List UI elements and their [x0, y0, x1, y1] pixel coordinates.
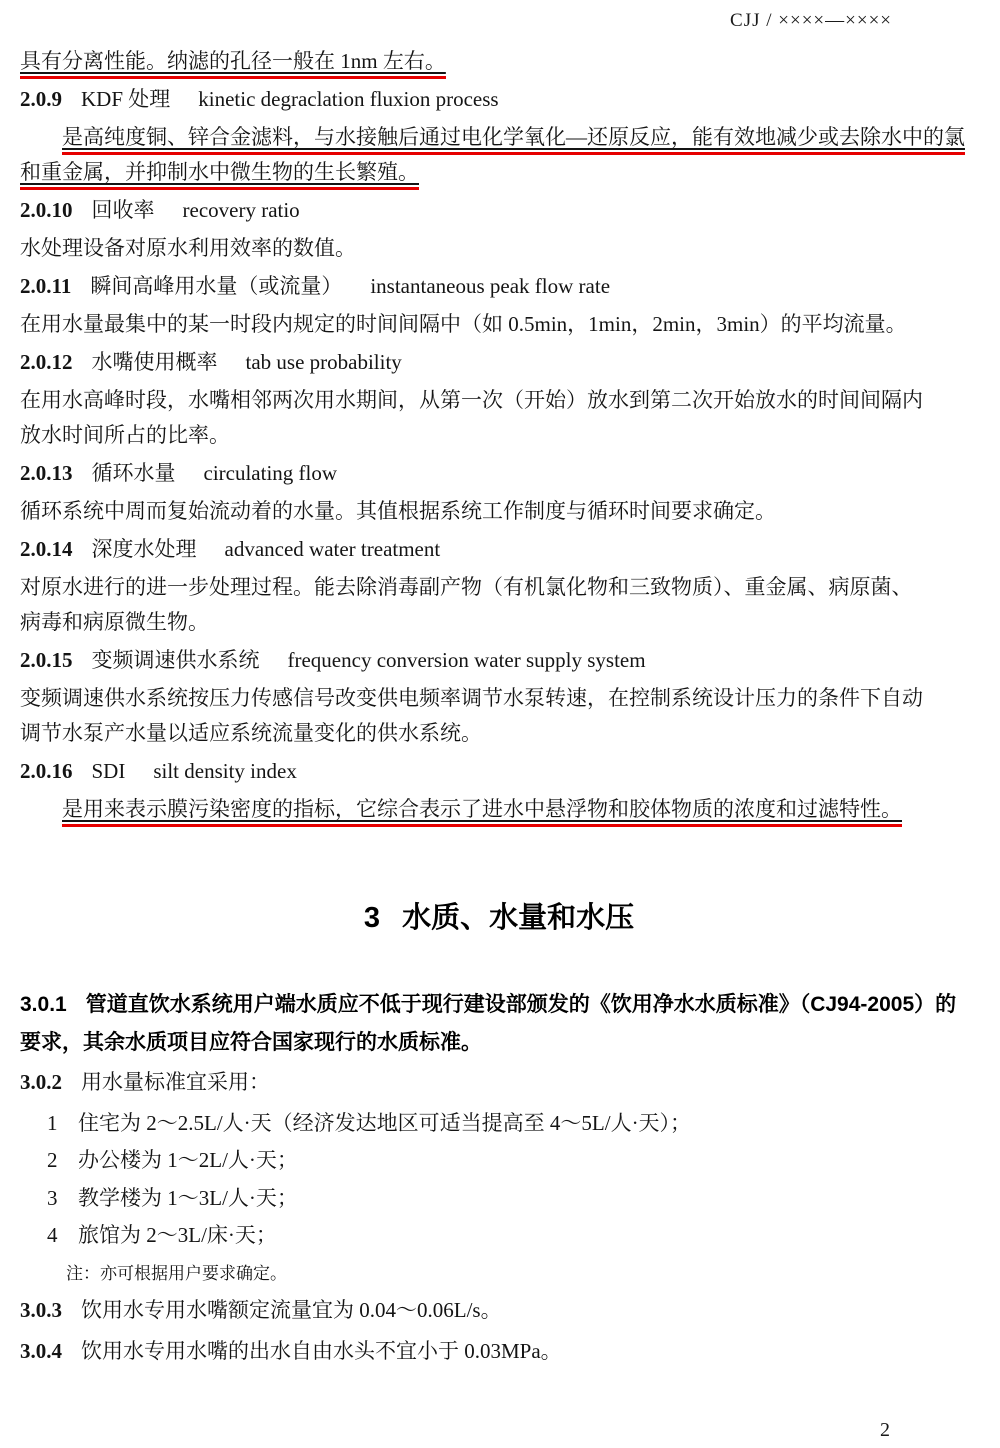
text-line: 在用水高峰时段，水嘴相邻两次用水期间，从第一次（开始）放水到第二次开始放水的时间…: [20, 383, 978, 418]
term-entry: 2.0.9KDF 处理kinetic degraclation fluxion …: [20, 82, 978, 117]
clause: 3.0.2用水量标准宜采用：: [20, 1064, 978, 1102]
list-item-number: 3: [47, 1180, 58, 1218]
term-entry: 2.0.13循环水量circulating flow: [20, 456, 978, 491]
text-line: 变频调速供水系统按压力传感信号改变供电频率调节水泵转速，在控制系统设计压力的条件…: [20, 681, 978, 716]
term-entry: 2.0.16SDIsilt density index: [20, 754, 978, 789]
terms-section: 具有分离性能。纳滤的孔径一般在 1nm 左右。2.0.9KDF 处理kineti…: [20, 44, 978, 827]
clause-number: 3.0.3: [20, 1298, 62, 1322]
term-number: 2.0.10: [20, 198, 73, 222]
text-line: 在用水量最集中的某一时段内规定的时间间隔中（如 0.5min，1min，2min…: [20, 307, 978, 342]
term-line: 2.0.13循环水量circulating flow: [20, 456, 978, 491]
clauses-section: 3.0.1管道直饮水系统用户端水质应不低于现行建设部颁发的《饮用净水水质标准》（…: [20, 986, 978, 1370]
note-text: 亦可根据用户要求确定。: [100, 1264, 287, 1283]
term-chinese: 回收率: [92, 198, 155, 222]
clause-text: 管道直饮水系统用户端水质应不低于现行建设部颁发的《饮用净水水质标准》（CJ94-…: [86, 993, 956, 1016]
term-line: 2.0.12水嘴使用概率tab use probability: [20, 345, 978, 380]
term-number: 2.0.9: [20, 87, 62, 111]
text-line: 放水时间所占的比率。: [20, 418, 978, 453]
page-content: 具有分离性能。纳滤的孔径一般在 1nm 左右。2.0.9KDF 处理kineti…: [0, 0, 1000, 1370]
term-line: 2.0.14深度水处理advanced water treatment: [20, 532, 978, 567]
list-item: 3教学楼为 1～3L/人·天；: [20, 1180, 978, 1218]
term-number: 2.0.11: [20, 274, 71, 298]
term-english: kinetic degraclation fluxion process: [198, 87, 498, 111]
term-number: 2.0.14: [20, 537, 73, 561]
term-english: instantaneous peak flow rate: [370, 274, 610, 298]
term-entry: 2.0.11瞬间高峰用水量（或流量）instantaneous peak flo…: [20, 269, 978, 304]
term-entry: 2.0.10回收率recovery ratio: [20, 193, 978, 228]
term-chinese: 水嘴使用概率: [92, 350, 218, 374]
list-item: 4旅馆为 2～3L/床·天；: [20, 1217, 978, 1255]
term-entry: 2.0.14深度水处理advanced water treatment: [20, 532, 978, 567]
clause-text: 用水量标准宜采用：: [81, 1070, 270, 1094]
term-chinese: 变频调速供水系统: [92, 648, 260, 672]
clause-line: 要求，其余水质项目应符合国家现行的水质标准。: [20, 1024, 978, 1062]
list-item-number: 2: [47, 1142, 58, 1180]
text-line: 具有分离性能。纳滤的孔径一般在 1nm 左右。: [20, 44, 978, 79]
inserted-text: 具有分离性能。纳滤的孔径一般在 1nm 左右。: [20, 49, 446, 79]
text-line: 对原水进行的进一步处理过程。能去除消毒副产物（有机氯化物和三致物质）、重金属、病…: [20, 570, 978, 605]
list-item: 2办公楼为 1～2L/人·天；: [20, 1142, 978, 1180]
definition-paragraph: 循环系统中周而复始流动着的水量。其值根据系统工作制度与循环时间要求确定。: [20, 494, 978, 529]
term-english: silt density index: [153, 759, 297, 783]
inserted-text: 是高纯度铜、锌合金滤料，与水接触后通过电化学氧化—还原反应，能有效地减少或去除水…: [62, 125, 965, 155]
list-item-number: 4: [47, 1217, 58, 1255]
inserted-definition: 具有分离性能。纳滤的孔径一般在 1nm 左右。: [20, 44, 978, 79]
definition-paragraph: 变频调速供水系统按压力传感信号改变供电频率调节水泵转速，在控制系统设计压力的条件…: [20, 681, 978, 751]
chapter-heading: 3水质、水量和水压: [20, 895, 978, 936]
term-chinese: 循环水量: [92, 461, 176, 485]
definition-text: 变频调速供水系统按压力传感信号改变供电频率调节水泵转速，在控制系统设计压力的条件…: [20, 686, 923, 710]
inserted-definition: 是高纯度铜、锌合金滤料，与水接触后通过电化学氧化—还原反应，能有效地减少或去除水…: [20, 120, 978, 190]
list-item-text: 住宅为 2～2.5L/人·天（经济发达地区可适当提高至 4～5L/人·天）；: [78, 1111, 691, 1135]
inserted-definition: 是用来表示膜污染密度的指标，它综合表示了进水中悬浮物和胶体物质的浓度和过滤特性。: [20, 792, 978, 827]
definition-paragraph: 在用水量最集中的某一时段内规定的时间间隔中（如 0.5min，1min，2min…: [20, 307, 978, 342]
standard-code: CJJ / ××××—××××: [730, 10, 892, 31]
definition-paragraph: 水处理设备对原水利用效率的数值。: [20, 231, 978, 266]
clause-line: 3.0.1管道直饮水系统用户端水质应不低于现行建设部颁发的《饮用净水水质标准》（…: [20, 986, 978, 1024]
clause-line: 3.0.2用水量标准宜采用：: [20, 1064, 978, 1102]
term-english: advanced water treatment: [225, 537, 441, 561]
term-chinese: SDI: [92, 759, 126, 783]
list-item-number: 1: [47, 1105, 58, 1143]
page-footer: 2: [880, 1419, 890, 1442]
definition-text: 对原水进行的进一步处理过程。能去除消毒副产物（有机氯化物和三致物质）、重金属、病…: [20, 575, 913, 599]
term-line: 2.0.15变频调速供水系统frequency conversion water…: [20, 643, 978, 678]
definition-text: 放水时间所占的比率。: [20, 423, 230, 447]
page-number: 2: [880, 1419, 890, 1441]
term-line: 2.0.9KDF 处理kinetic degraclation fluxion …: [20, 82, 978, 117]
term-entry: 2.0.12水嘴使用概率tab use probability: [20, 345, 978, 380]
chapter-number: 3: [364, 902, 380, 934]
chapter-title: 水质、水量和水压: [402, 902, 634, 934]
clause-number: 3.0.1: [20, 993, 67, 1016]
definition-text: 病毒和病原微生物。: [20, 610, 209, 634]
term-chinese: 深度水处理: [92, 537, 197, 561]
text-line: 是用来表示膜污染密度的指标，它综合表示了进水中悬浮物和胶体物质的浓度和过滤特性。: [20, 792, 978, 827]
term-english: tab use probability: [246, 350, 402, 374]
inserted-text: 是用来表示膜污染密度的指标，它综合表示了进水中悬浮物和胶体物质的浓度和过滤特性。: [62, 797, 902, 827]
term-line: 2.0.10回收率recovery ratio: [20, 193, 978, 228]
term-line: 2.0.16SDIsilt density index: [20, 754, 978, 789]
term-number: 2.0.15: [20, 648, 73, 672]
definition-text: 水处理设备对原水利用效率的数值。: [20, 236, 356, 260]
document-page: CJJ / ××××—×××× 具有分离性能。纳滤的孔径一般在 1nm 左右。2…: [0, 0, 1000, 1448]
clause-text: 饮用水专用水嘴的出水自由水头不宜小于 0.03MPa。: [81, 1339, 562, 1363]
text-line: 循环系统中周而复始流动着的水量。其值根据系统工作制度与循环时间要求确定。: [20, 494, 978, 529]
list-item-text: 教学楼为 1～3L/人·天；: [78, 1186, 298, 1210]
term-english: frequency conversion water supply system: [288, 648, 646, 672]
text-line: 是高纯度铜、锌合金滤料，与水接触后通过电化学氧化—还原反应，能有效地减少或去除水…: [20, 120, 978, 155]
definition-text: 调节水泵产水量以适应系统流量变化的供水系统。: [20, 721, 482, 745]
term-number: 2.0.12: [20, 350, 73, 374]
text-line: 和重金属，并抑制水中微生物的生长繁殖。: [20, 155, 978, 190]
page-header: CJJ / ××××—××××: [730, 10, 892, 32]
clause-number: 3.0.2: [20, 1070, 62, 1094]
definition-text: 在用水量最集中的某一时段内规定的时间间隔中（如 0.5min，1min，2min…: [20, 312, 907, 336]
clause-line: 3.0.4饮用水专用水嘴的出水自由水头不宜小于 0.03MPa。: [20, 1333, 978, 1371]
term-entry: 2.0.15变频调速供水系统frequency conversion water…: [20, 643, 978, 678]
list-item-text: 旅馆为 2～3L/床·天；: [78, 1223, 277, 1247]
term-line: 2.0.11瞬间高峰用水量（或流量）instantaneous peak flo…: [20, 269, 978, 304]
term-number: 2.0.13: [20, 461, 73, 485]
inserted-text: 和重金属，并抑制水中微生物的生长繁殖。: [20, 160, 419, 190]
clause: 3.0.3饮用水专用水嘴额定流量宜为 0.04～0.06L/s。: [20, 1292, 978, 1330]
clause-line: 3.0.3饮用水专用水嘴额定流量宜为 0.04～0.06L/s。: [20, 1292, 978, 1330]
term-english: recovery ratio: [183, 198, 300, 222]
clause: 3.0.4饮用水专用水嘴的出水自由水头不宜小于 0.03MPa。: [20, 1333, 978, 1371]
definition-text: 循环系统中周而复始流动着的水量。其值根据系统工作制度与循环时间要求确定。: [20, 499, 776, 523]
term-chinese: KDF 处理: [81, 87, 170, 111]
clause-text: 要求，其余水质项目应符合国家现行的水质标准。: [20, 1031, 482, 1054]
clause-number: 3.0.4: [20, 1339, 62, 1363]
term-chinese: 瞬间高峰用水量（或流量）: [90, 274, 342, 298]
term-english: circulating flow: [204, 461, 338, 485]
list-item-text: 办公楼为 1～2L/人·天；: [78, 1148, 298, 1172]
definition-paragraph: 在用水高峰时段，水嘴相邻两次用水期间，从第一次（开始）放水到第二次开始放水的时间…: [20, 383, 978, 453]
text-line: 调节水泵产水量以适应系统流量变化的供水系统。: [20, 716, 978, 751]
list-item: 1住宅为 2～2.5L/人·天（经济发达地区可适当提高至 4～5L/人·天）；: [20, 1105, 978, 1143]
term-number: 2.0.16: [20, 759, 73, 783]
note: 注：亦可根据用户要求确定。: [20, 1255, 978, 1293]
text-line: 病毒和病原微生物。: [20, 605, 978, 640]
clause-bold: 3.0.1管道直饮水系统用户端水质应不低于现行建设部颁发的《饮用净水水质标准》（…: [20, 986, 978, 1061]
clause-text: 饮用水专用水嘴额定流量宜为 0.04～0.06L/s。: [81, 1298, 502, 1322]
note-label: 注：: [66, 1264, 100, 1283]
definition-text: 在用水高峰时段，水嘴相邻两次用水期间，从第一次（开始）放水到第二次开始放水的时间…: [20, 388, 923, 412]
definition-paragraph: 对原水进行的进一步处理过程。能去除消毒副产物（有机氯化物和三致物质）、重金属、病…: [20, 570, 978, 640]
text-line: 水处理设备对原水利用效率的数值。: [20, 231, 978, 266]
